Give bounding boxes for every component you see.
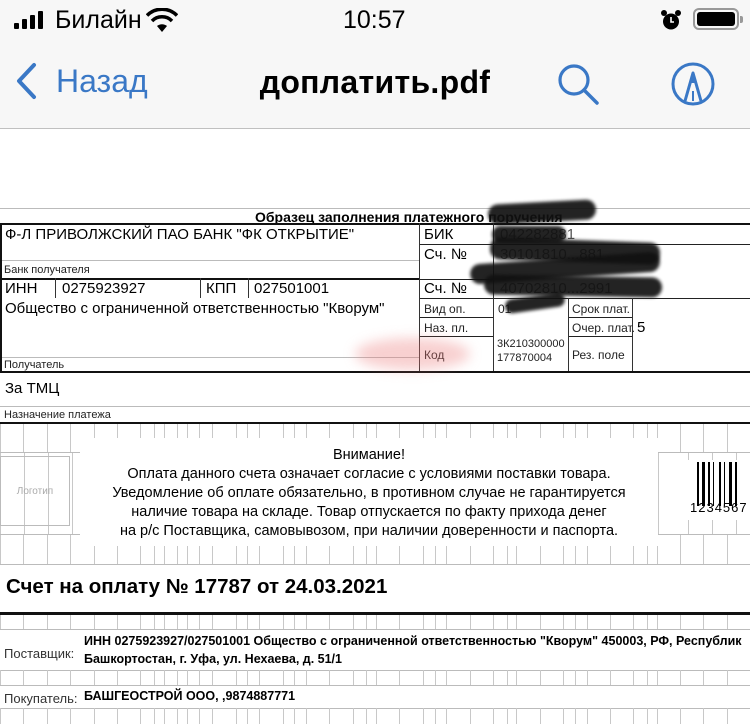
recipient-label: Получатель — [4, 359, 64, 371]
kpp-label: КПП — [206, 280, 236, 297]
buyer-value: БАШГЕОСТРОЙ ООО, ,9874887771 — [84, 689, 295, 703]
purpose-code-label: Наз. пл. — [424, 321, 468, 335]
notice-line: Уведомление об оплате обязательно, в про… — [80, 484, 658, 503]
bik-label: БИК — [424, 226, 453, 243]
pdf-page[interactable]: Образец заполнения платежного поручения … — [0, 130, 750, 724]
buyer-label: Покупатель: — [4, 691, 77, 706]
alarm-icon — [660, 9, 682, 31]
logo-placeholder: Логотип — [0, 456, 70, 526]
code-value-line1: 3К210300000 — [497, 338, 565, 350]
term-label: Срок плат. — [572, 302, 630, 316]
supplier-line1: ИНН 0275923927/027501001 Общество с огра… — [84, 634, 742, 648]
inn-value: 0275923927 — [62, 280, 145, 297]
status-bar: Билайн 10:57 — [0, 0, 750, 44]
supplier-line2: Башкортостан, г. Уфа, ул. Нехаева, д. 51… — [84, 652, 342, 666]
red-stain — [355, 338, 470, 370]
notice-line: на р/с Поставщика, самовывозом, при нали… — [80, 522, 658, 541]
battery-icon — [693, 8, 739, 30]
code-value-line2: 177870004 — [497, 352, 552, 364]
notice-line: наличие товара на складе. Товар отпускае… — [80, 503, 658, 522]
bank-name: Ф-Л ПРИВОЛЖСКИЙ ПАО БАНК "ФК ОТКРЫТИЕ" — [5, 226, 354, 243]
bank-label: Банк получателя — [4, 264, 90, 276]
carrier-name: Билайн — [55, 6, 142, 35]
wifi-icon — [146, 8, 178, 34]
redaction-scribble — [484, 274, 662, 297]
corr-account-label: Сч. № — [424, 246, 467, 263]
grid-strip-buyer-bottom — [0, 708, 750, 724]
navigation-bar: Назад доплатить.pdf — [0, 44, 750, 129]
markup-icon[interactable] — [670, 61, 716, 107]
redaction-scribble — [488, 199, 597, 225]
search-icon[interactable] — [555, 61, 601, 107]
grid-strip-supplier-bottom — [0, 670, 750, 685]
priority-label: Очер. плат. — [572, 321, 635, 335]
signal-icon — [14, 11, 43, 29]
clock: 10:57 — [343, 6, 406, 35]
account-label: Сч. № — [424, 280, 467, 297]
grid-strip-supplier-top — [0, 615, 750, 629]
payment-purpose-value: За ТМЦ — [5, 380, 59, 397]
reserve-label: Рез. поле — [572, 348, 625, 362]
invoice-title: Счет на оплату № 17787 от 24.03.2021 — [6, 575, 387, 599]
notice-line: Оплата данного счета означает согласие с… — [80, 465, 658, 484]
barcode-number: 1234567 — [690, 500, 748, 515]
op-type-label: Вид оп. — [424, 302, 466, 316]
notice-heading: Внимание! — [80, 446, 658, 465]
priority-value: 5 — [637, 319, 645, 336]
recipient-name: Общество с ограниченной ответственностью… — [5, 300, 385, 317]
payment-purpose-label: Назначение платежа — [4, 409, 111, 421]
kpp-value: 027501001 — [254, 280, 329, 297]
supplier-label: Поставщик: — [4, 646, 74, 661]
inn-label: ИНН — [5, 280, 37, 297]
notice-block: Внимание! Оплата данного счета означает … — [80, 438, 658, 546]
document-title: доплатить.pdf — [0, 64, 750, 101]
